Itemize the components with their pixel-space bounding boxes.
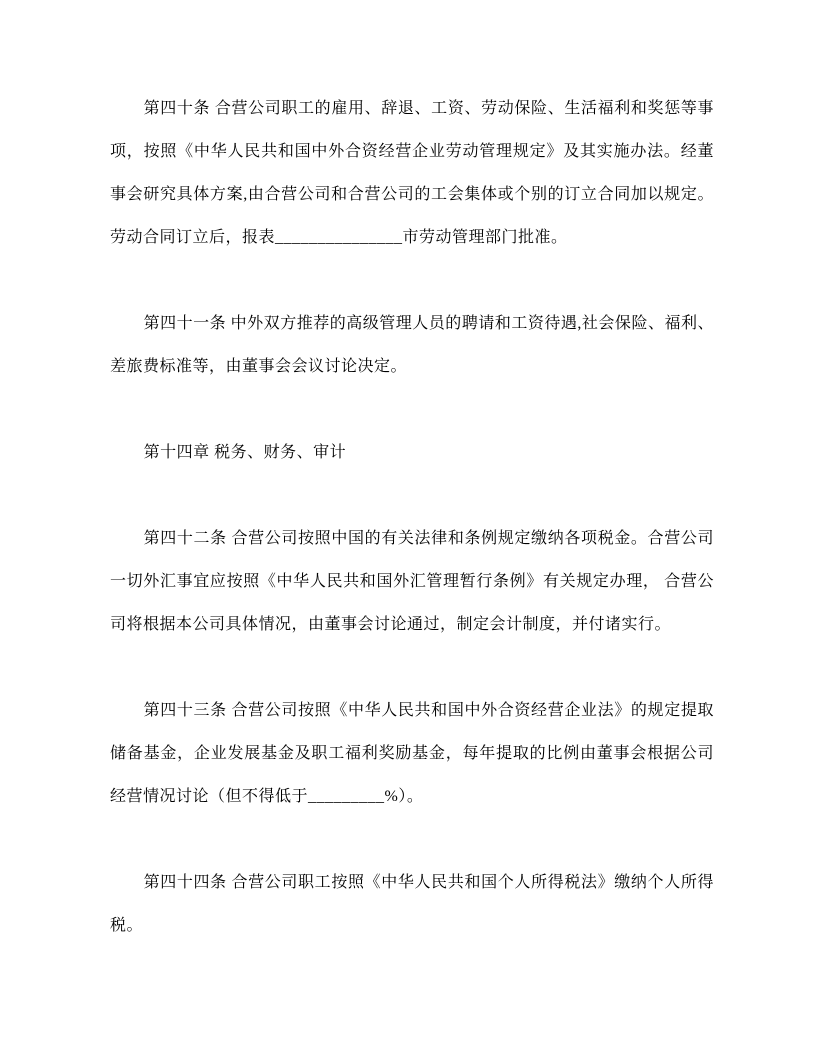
- article-43: 第四十三条 合营公司按照《中华人民共和国中外合资经营企业法》的规定提取储备基金，…: [110, 689, 714, 818]
- document-page: 第四十条 合营公司职工的雇用、辞退、工资、劳动保险、生活福利和奖惩等事项，按照《…: [0, 0, 816, 1056]
- article-40: 第四十条 合营公司职工的雇用、辞退、工资、劳动保险、生活福利和奖惩等事项，按照《…: [110, 87, 714, 259]
- article-42: 第四十二条 合营公司按照中国的有关法律和条例规定缴纳各项税金。合营公司一切外汇事…: [110, 517, 714, 646]
- article-44: 第四十四条 合营公司职工按照《中华人民共和国个人所得税法》缴纳个人所得税。: [110, 861, 714, 947]
- article-41: 第四十一条 中外双方推荐的高级管理人员的聘请和工资待遇,社会保险、福利、差旅费标…: [110, 302, 714, 388]
- chapter-14-heading: 第十四章 税务、财务、审计: [110, 431, 714, 474]
- document-body: 第四十条 合营公司职工的雇用、辞退、工资、劳动保险、生活福利和奖惩等事项，按照《…: [110, 87, 714, 947]
